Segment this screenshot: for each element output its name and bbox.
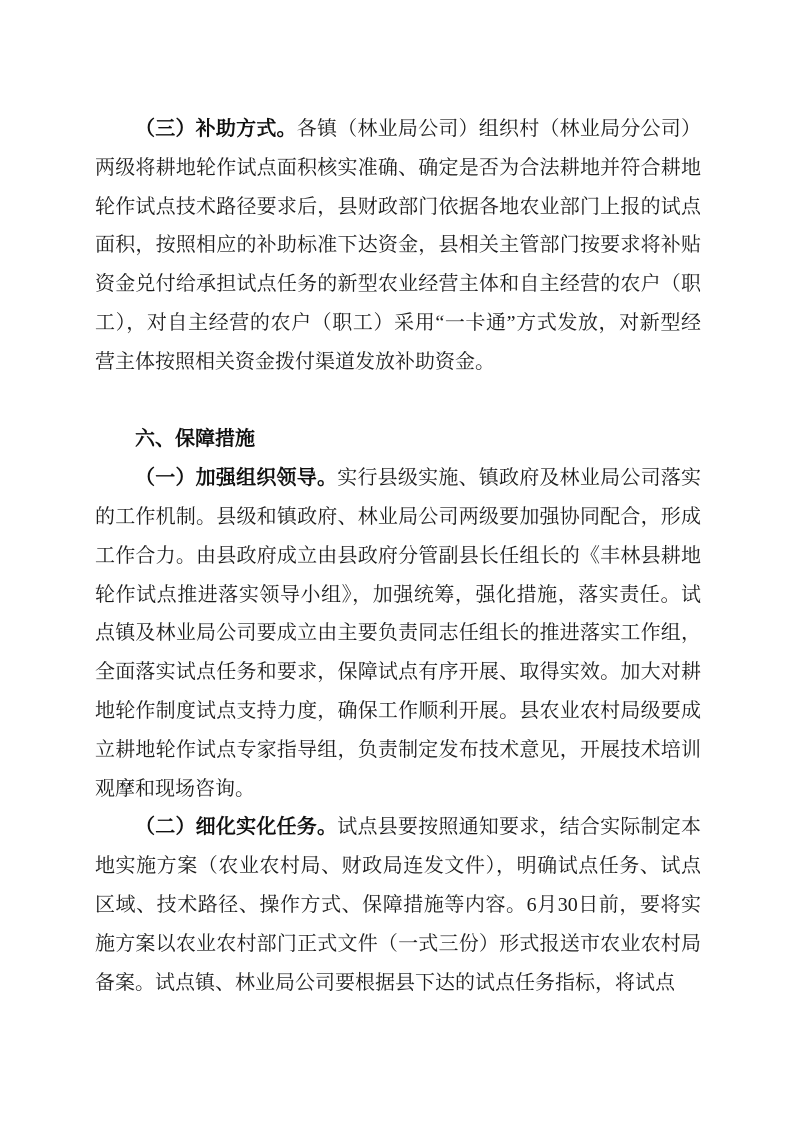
paragraph-refine-tasks-body: 试点县要按照通知要求，结合实际制定本地实施方案（农业农村局、财政局连发文件），明… [95,816,701,993]
paragraph-refine-tasks: （二）细化实化任务。试点县要按照通知要求，结合实际制定本地实施方案（农业农村局、… [95,808,701,1002]
section-heading-safeguard-measures: 六、保障措施 [95,420,701,459]
paragraph-subsidy-method: （三）补助方式。各镇（林业局公司）组织村（林业局分公司）两级将耕地轮作试点面积核… [95,110,701,382]
paragraph-subsidy-method-lead: （三）补助方式。 [135,118,297,140]
document-page: （三）补助方式。各镇（林业局公司）组织村（林业局分公司）两级将耕地轮作试点面积核… [0,0,793,1122]
paragraph-strengthen-leadership-lead: （一）加强组织领导。 [135,467,337,489]
paragraph-strengthen-leadership-body: 实行县级实施、镇政府及林业局公司落实的工作机制。县级和镇政府、林业局公司两级要加… [95,467,701,799]
paragraph-strengthen-leadership: （一）加强组织领导。实行县级实施、镇政府及林业局公司落实的工作机制。县级和镇政府… [95,459,701,808]
paragraph-subsidy-method-body: 各镇（林业局公司）组织村（林业局分公司）两级将耕地轮作试点面积核实准确、确定是否… [95,118,701,373]
paragraph-refine-tasks-lead: （二）细化实化任务。 [135,816,337,838]
